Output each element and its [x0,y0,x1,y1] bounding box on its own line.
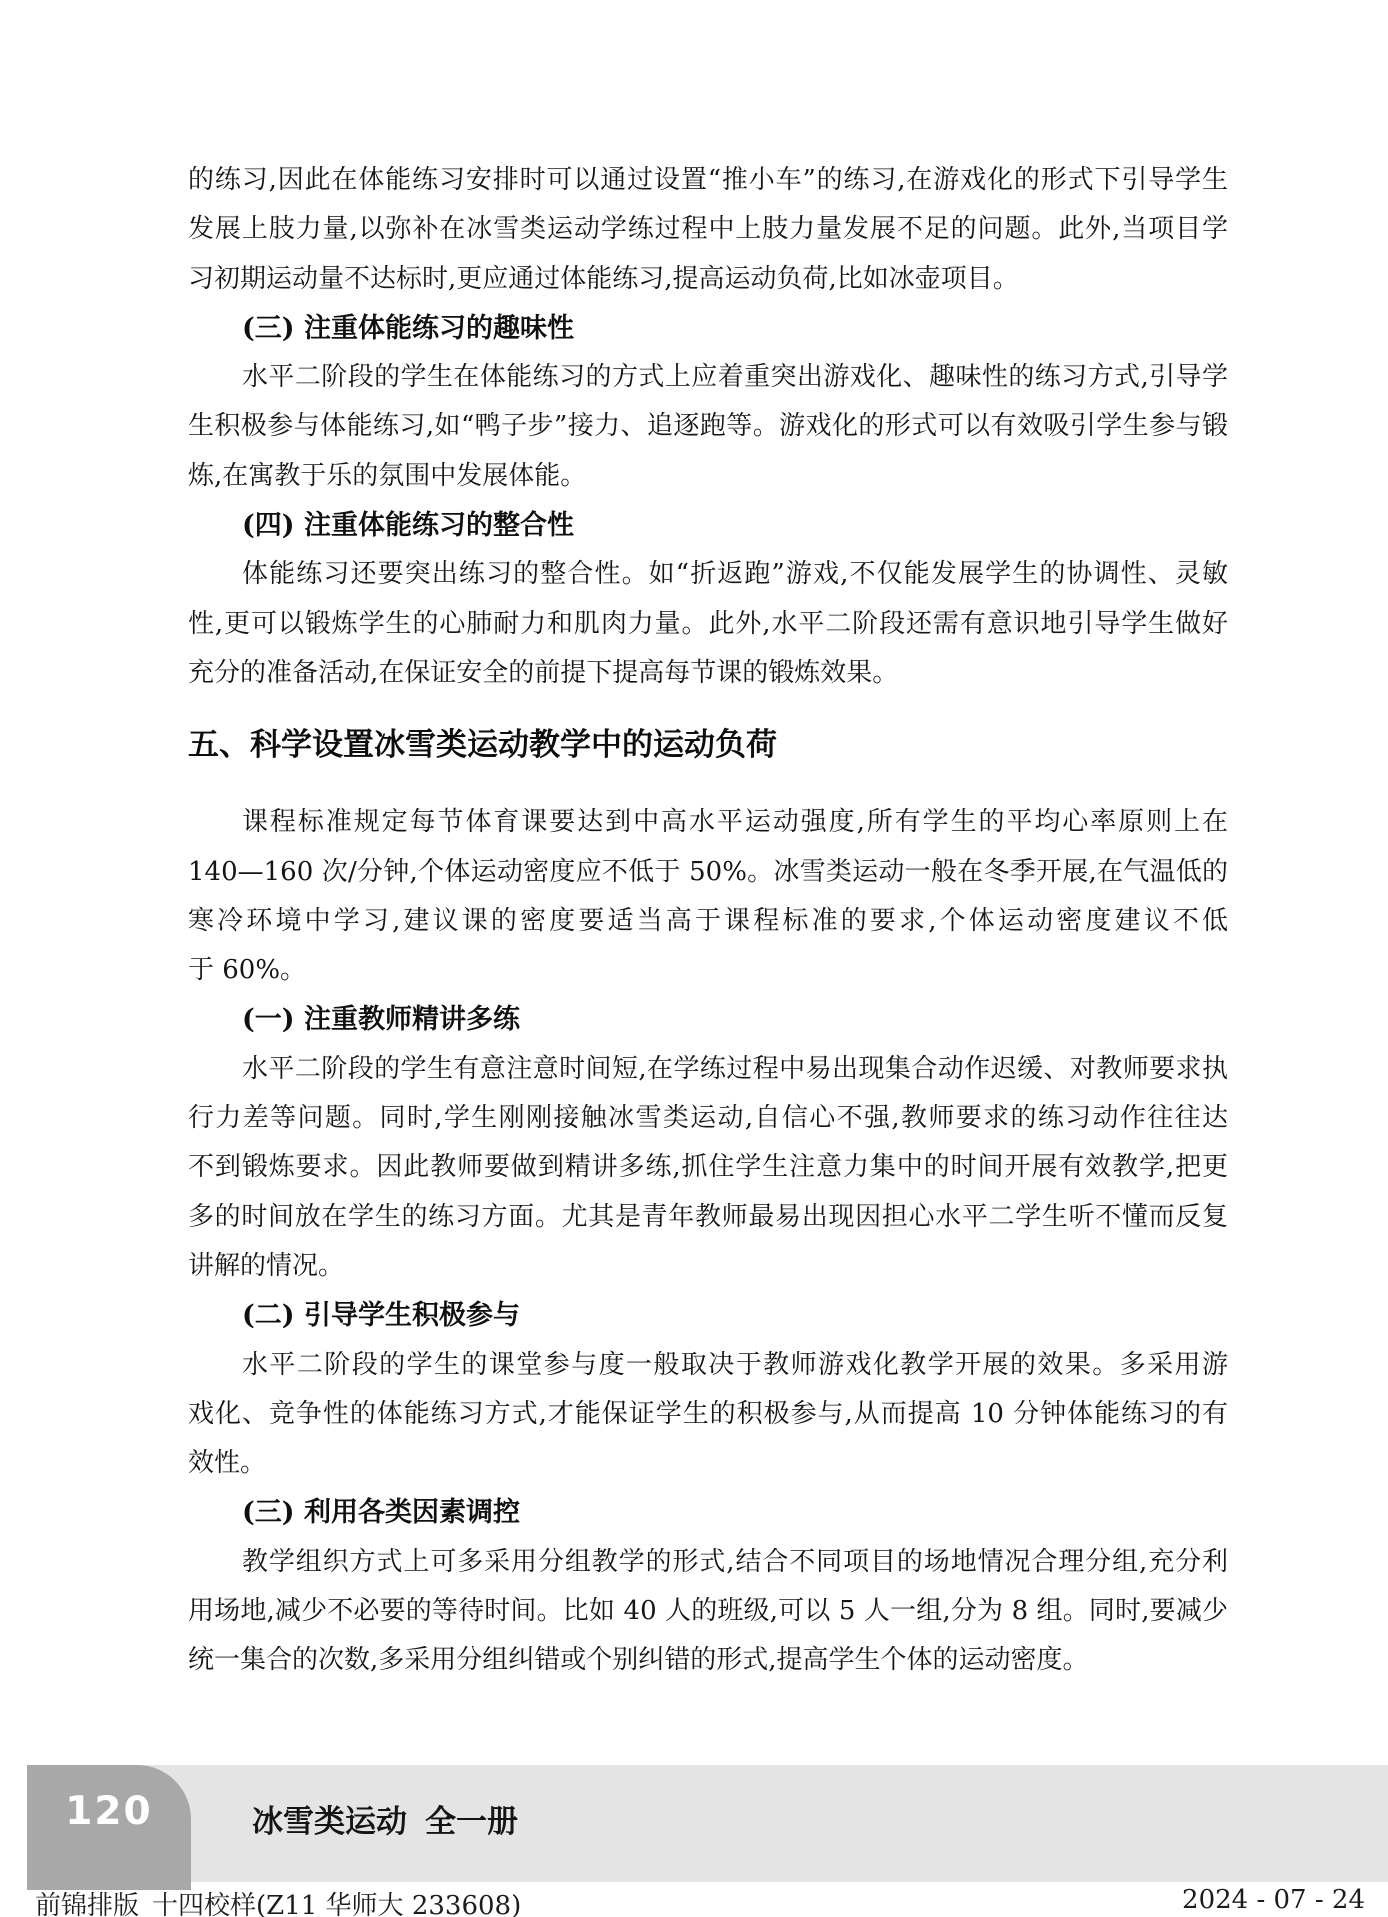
text-line: 不到锻炼要求。因此教师要做到精讲多练,抓住学生注意力集中的时间开展有效教学,把更 [188,1143,1228,1192]
text-line: 水平二阶段的学生的课堂参与度一般取决于教师游戏化教学开展的效果。多采用游 [188,1341,1228,1390]
page-number: 120 [65,1789,152,1834]
text-line: 水平二阶段的学生有意注意时间短,在学练过程中易出现集合动作迟缓、对教师要求执 [188,1045,1228,1094]
text-line: 水平二阶段的学生在体能练习的方式上应着重突出游戏化、趣味性的练习方式,引导学 [188,353,1228,402]
body-paragraph: 教学组织方式上可多采用分组教学的形式,结合不同项目的场地情况合理分组,充分利用场… [188,1538,1228,1686]
text-line: 充分的准备活动,在保证安全的前提下提高每节课的锻炼效果。 [188,649,1228,698]
footer-book-title: 冰雪类运动 全一册 [252,1796,518,1841]
text-line: 于 60%。 [188,946,1228,995]
text-line: 统一集合的次数,多采用分组纠错或个别纠错的形式,提高学生个体的运动密度。 [188,1636,1228,1685]
text-line: 的练习,因此在体能练习安排时可以通过设置“推小车”的练习,在游戏化的形式下引导学… [188,156,1228,205]
volume-label: 全一册 [425,1796,518,1841]
page-number-badge: 120 [27,1765,191,1890]
text-line: 寒冷环境中学习,建议课的密度要适当高于课程标准的要求,个体运动密度建议不低 [188,897,1228,946]
proof-date: 2024 - 07 - 24 [1182,1885,1365,1917]
proof-info: 前锦排版 十四校样(Z11 华师大 233608) [35,1885,521,1917]
text-line: 效性。 [188,1439,1228,1488]
body-paragraph: 水平二阶段的学生有意注意时间短,在学练过程中易出现集合动作迟缓、对教师要求执行力… [188,1045,1228,1291]
book-title-text: 冰雪类运动 [252,1796,407,1841]
subsection-heading: (三) 利用各类因素调控 [188,1488,1228,1537]
section-heading: 五、科学设置冰雪类运动教学中的运动负荷 [188,720,1228,770]
body-paragraph: 水平二阶段的学生在体能练习的方式上应着重突出游戏化、趣味性的练习方式,引导学生积… [188,353,1228,501]
text-line: 用场地,减少不必要的等待时间。比如 40 人的班级,可以 5 人一组,分为 8 … [188,1587,1228,1636]
text-line: 课程标准规定每节体育课要达到中高水平运动强度,所有学生的平均心率原则上在 [188,798,1228,847]
text-line: 多的时间放在学生的练习方面。尤其是青年教师最易出现因担心水平二学生听不懂而反复 [188,1193,1228,1242]
text-line: 体能练习还要突出练习的整合性。如“折返跑”游戏,不仅能发展学生的协调性、灵敏 [188,550,1228,599]
text-line: 性,更可以锻炼学生的心肺耐力和肌肉力量。此外,水平二阶段还需有意识地引导学生做好 [188,600,1228,649]
page-content: 的练习,因此在体能练习安排时可以通过设置“推小车”的练习,在游戏化的形式下引导学… [188,156,1228,1686]
subsection-heading: (二) 引导学生积极参与 [188,1291,1228,1340]
text-line: 生积极参与体能练习,如“鸭子步”接力、追逐跑等。游戏化的形式可以有效吸引学生参与… [188,402,1228,451]
text-line: 140—160 次/分钟,个体运动密度应不低于 50%。冰雪类运动一般在冬季开展… [188,848,1228,897]
text-line: 发展上肢力量,以弥补在冰雪类运动学练过程中上肢力量发展不足的问题。此外,当项目学 [188,205,1228,254]
subsection-heading: (四) 注重体能练习的整合性 [188,501,1228,550]
subsection-heading: (一) 注重教师精讲多练 [188,995,1228,1044]
text-line: 戏化、竞争性的体能练习方式,才能保证学生的积极参与,从而提高 10 分钟体能练习… [188,1390,1228,1439]
body-paragraph: 体能练习还要突出练习的整合性。如“折返跑”游戏,不仅能发展学生的协调性、灵敏性,… [188,550,1228,698]
footer-band [27,1765,1388,1882]
text-line: 习初期运动量不达标时,更应通过体能练习,提高运动负荷,比如冰壶项目。 [188,255,1228,304]
body-paragraph: 水平二阶段的学生的课堂参与度一般取决于教师游戏化教学开展的效果。多采用游戏化、竞… [188,1341,1228,1489]
body-paragraph: 课程标准规定每节体育课要达到中高水平运动强度,所有学生的平均心率原则上在140—… [188,798,1228,995]
proof-line: 前锦排版 十四校样(Z11 华师大 233608) 2024 - 07 - 24 [35,1885,1365,1917]
text-line: 教学组织方式上可多采用分组教学的形式,结合不同项目的场地情况合理分组,充分利 [188,1538,1228,1587]
text-line: 行力差等问题。同时,学生刚刚接触冰雪类运动,自信心不强,教师要求的练习动作往往达 [188,1094,1228,1143]
body-paragraph: 的练习,因此在体能练习安排时可以通过设置“推小车”的练习,在游戏化的形式下引导学… [188,156,1228,304]
text-line: 炼,在寓教于乐的氛围中发展体能。 [188,452,1228,501]
text-line: 讲解的情况。 [188,1242,1228,1291]
subsection-heading: (三) 注重体能练习的趣味性 [188,304,1228,353]
document-page: 的练习,因此在体能练习安排时可以通过设置“推小车”的练习,在游戏化的形式下引导学… [0,0,1388,1917]
